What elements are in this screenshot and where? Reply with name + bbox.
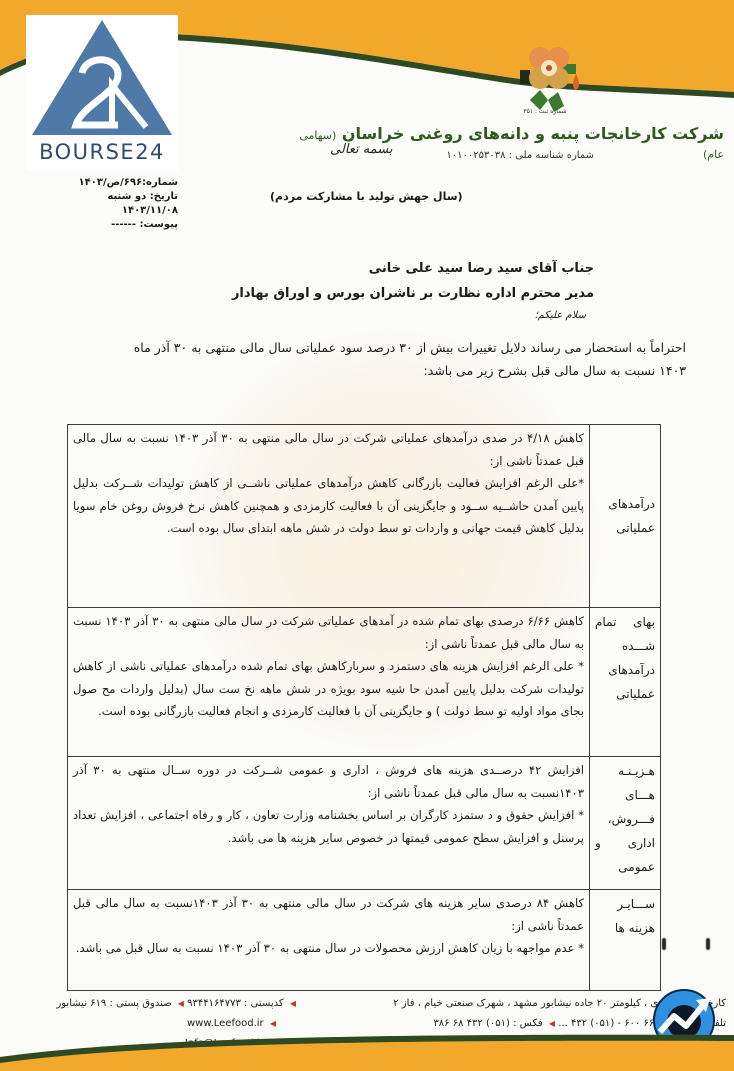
bourse24-triangle-icon bbox=[26, 15, 178, 140]
footer-postal-code: کدپستی : ۹۳۴۴۱۶۴۷۷۳ bbox=[187, 998, 284, 1009]
ink-mark bbox=[706, 938, 710, 950]
letter-attachment: پیوست: ------ bbox=[58, 218, 178, 232]
row-summary: کاهش ۶/۶۶ درصدی بهای تمام شده در آمدهای … bbox=[73, 610, 584, 655]
registration-number: شماره ثبت : ۳۵۱ bbox=[480, 108, 610, 115]
row-label: هـزیـنـه هـــای فـــروش، اداری و عمومی bbox=[590, 757, 661, 890]
intro-paragraph: احتراماً به استحضار می رساند دلایل تغییر… bbox=[126, 336, 686, 382]
letter-number: شماره:۶۹۶/ص/۱۴۰۳ bbox=[58, 176, 178, 190]
bourse24-logo: BOURSE24 bbox=[26, 15, 178, 170]
explanation-table: درآمدهای عملیاتی کاهش ۴/۱۸ در صدی درآمده… bbox=[67, 424, 661, 991]
row-label: ســـایـر هزینه ها bbox=[590, 890, 661, 991]
company-flower-logo bbox=[518, 34, 588, 114]
bourse24-wordmark: BOURSE24 bbox=[26, 140, 178, 164]
bismillah: بسمه تعالی bbox=[330, 142, 392, 157]
row-detail: *علی الرغم افزایش فعالیت بازرگانی کاهش د… bbox=[73, 472, 584, 540]
row-content: افزایش ۴۲ درصــدی هزینه های فروش ، اداری… bbox=[68, 757, 590, 890]
table-row: بهای تمام شـــده درآمدهای عملیاتی کاهش ۶… bbox=[68, 608, 661, 757]
row-content: کاهش ۸۴ درصدی سایر هزینه های شرکت در سال… bbox=[68, 890, 590, 991]
bullet-icon: ◀ bbox=[178, 999, 184, 1008]
row-label: بهای تمام شـــده درآمدهای عملیاتی bbox=[590, 608, 661, 757]
recipient-block: جناب آقای سید رضا سید علی خانی مدیر محتر… bbox=[232, 256, 594, 306]
table-row: هـزیـنـه هـــای فـــروش، اداری و عمومی ا… bbox=[68, 757, 661, 890]
row-summary: کاهش ۴/۱۸ در صدی درآمدهای عملیاتی شرکت د… bbox=[73, 427, 584, 472]
row-label: درآمدهای عملیاتی bbox=[590, 425, 661, 608]
ink-mark bbox=[662, 938, 666, 950]
row-detail: * عدم مواجهه با زیان کاهش ارزش محصولات د… bbox=[73, 937, 584, 960]
footer-po-box: صندوق پستی : ۶۱۹ نیشابور bbox=[56, 998, 171, 1009]
row-detail: * علی الرغم افزایش هزینه های دستمزد و سر… bbox=[73, 655, 584, 723]
salutation: سلام علیکم؛ bbox=[535, 310, 586, 321]
row-summary: کاهش ۸۴ درصدی سایر هزینه های شرکت در سال… bbox=[73, 892, 584, 937]
row-content: کاهش ۴/۱۸ در صدی درآمدهای عملیاتی شرکت د… bbox=[68, 425, 590, 608]
letter-meta: شماره:۶۹۶/ص/۱۴۰۳ تاریخ: دو شنبه ۱۴۰۳/۱۱/… bbox=[58, 176, 178, 232]
row-detail: * افزایش حقوق و د ستمزد کارگران بر اساس … bbox=[73, 804, 584, 849]
letter-date: تاریخ: دو شنبه ۱۴۰۳/۱۱/۰۸ bbox=[58, 190, 178, 218]
row-content: کاهش ۶/۶۶ درصدی بهای تمام شده در آمدهای … bbox=[68, 608, 590, 757]
footer-band bbox=[0, 1011, 734, 1071]
row-summary: افزایش ۴۲ درصــدی هزینه های فروش ، اداری… bbox=[73, 759, 584, 804]
table-row: درآمدهای عملیاتی کاهش ۴/۱۸ در صدی درآمده… bbox=[68, 425, 661, 608]
company-name-text: شرکت کارخانجات پنبه و دانه‌های روغنی خرا… bbox=[342, 124, 724, 143]
recipient-title: مدیر محترم اداره نظارت بر ناشران بورس و … bbox=[232, 281, 594, 306]
bullet-icon: ◀ bbox=[290, 999, 296, 1008]
national-id: شماره شناسه ملی : ۱۰۱۰۰۲۵۳۰۳۸ bbox=[446, 150, 594, 161]
recipient-name: جناب آقای سید رضا سید علی خانی bbox=[232, 256, 594, 281]
year-motto: (سال جهش تولید با مشارکت مردم) bbox=[270, 190, 463, 203]
table-row: ســـایـر هزینه ها کاهش ۸۴ درصدی سایر هزی… bbox=[68, 890, 661, 991]
